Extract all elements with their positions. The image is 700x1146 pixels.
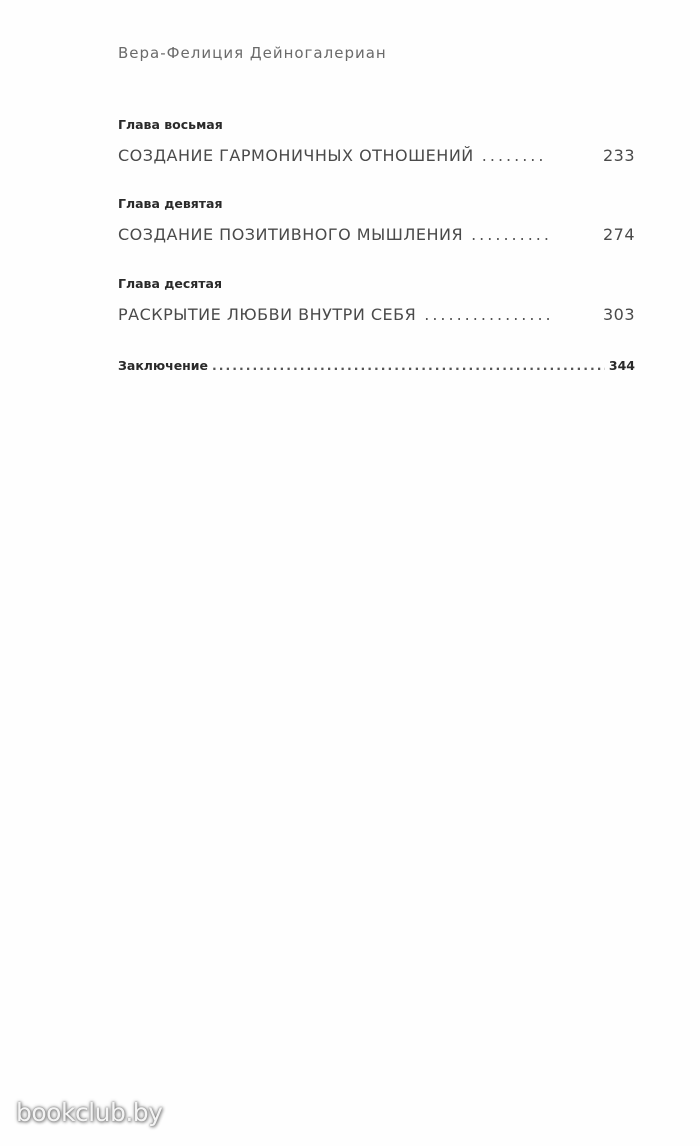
toc-entry-title: Заключение <box>118 358 208 373</box>
leader-dots: ........................................… <box>212 358 605 373</box>
toc-entry-page: 303 <box>603 305 635 324</box>
toc-entry-title: СОЗДАНИЕ ГАРМОНИЧНЫХ ОТНОШЕНИЙ <box>118 146 474 165</box>
toc-entry-page: 344 <box>609 358 635 373</box>
chapter-label: Глава восьмая <box>118 117 223 132</box>
toc-entry-conclusion[interactable]: Заключение .............................… <box>118 358 635 373</box>
watermark: bookclub.by <box>16 1098 162 1127</box>
chapter-label: Глава девятая <box>118 196 222 211</box>
leader-dots: ................ <box>424 305 595 324</box>
running-head-author: Вера-Фелиция Дейногалериан <box>118 44 387 62</box>
toc-entry-title: СОЗДАНИЕ ПОЗИТИВНОГО МЫШЛЕНИЯ <box>118 225 463 244</box>
toc-entry[interactable]: РАСКРЫТИЕ ЛЮБВИ ВНУТРИ СЕБЯ ............… <box>118 305 635 324</box>
toc-entry[interactable]: СОЗДАНИЕ ГАРМОНИЧНЫХ ОТНОШЕНИЙ ........ … <box>118 146 635 165</box>
toc-entry-page: 233 <box>603 146 635 165</box>
leader-dots: .......... <box>471 225 595 244</box>
leader-dots: ........ <box>482 146 595 165</box>
toc-entry-page: 274 <box>603 225 635 244</box>
toc-entry-title: РАСКРЫТИЕ ЛЮБВИ ВНУТРИ СЕБЯ <box>118 305 416 324</box>
chapter-label: Глава десятая <box>118 276 222 291</box>
toc-entry[interactable]: СОЗДАНИЕ ПОЗИТИВНОГО МЫШЛЕНИЯ ..........… <box>118 225 635 244</box>
